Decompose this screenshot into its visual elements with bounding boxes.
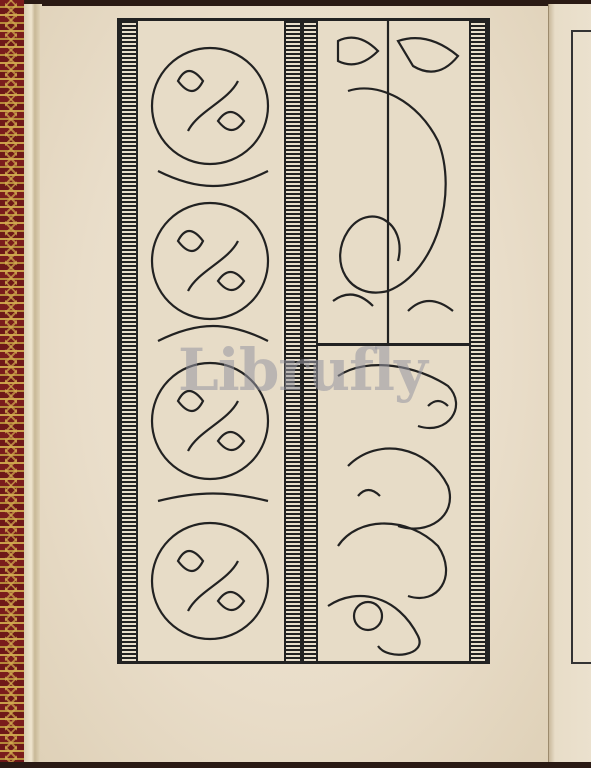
book-binding xyxy=(0,0,24,768)
left-striped-border xyxy=(120,21,138,661)
right-striped-border xyxy=(469,21,487,661)
book-cover-bottom xyxy=(0,762,591,768)
facing-page-edge xyxy=(548,4,591,764)
acanthus-ornament-icon xyxy=(318,21,473,343)
right-acanthus-panel xyxy=(318,21,473,343)
watermark: Librufly xyxy=(178,336,427,404)
book-page: Librufly xyxy=(40,6,548,762)
facing-page-woodcut xyxy=(571,30,591,664)
